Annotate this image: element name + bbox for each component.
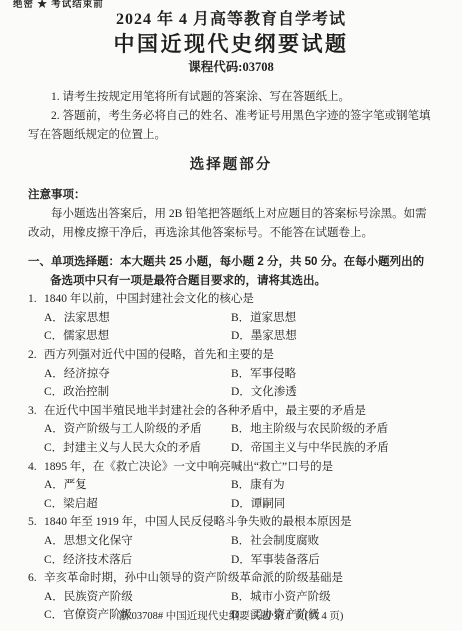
notes-heading: 注意事项：: [28, 186, 434, 205]
question-number: 2.: [28, 346, 44, 365]
option-5-C: C．经济技术落后: [44, 551, 231, 570]
option-row: A．资产阶级与工人阶级的矛盾 B．地主阶级与农民阶级的矛盾: [28, 420, 434, 439]
option-3-A: A．资产阶级与工人阶级的矛盾: [44, 420, 231, 439]
option-row: C．儒家思想 D．墨家思想: [28, 327, 434, 346]
candidate-instructions: 1. 请考生按规定用笔将所有试题的答案涂、写在答题纸上。 2. 答题前，考生务必…: [28, 88, 434, 145]
question-text: 在近代中国半殖民地半封建社会的各种矛盾中，最主要的矛盾是: [44, 405, 366, 417]
course-code: 课程代码:03708: [0, 59, 462, 75]
option-2-A: A．经济掠夺: [44, 365, 231, 384]
option-5-B: B．社会制度腐败: [231, 532, 434, 551]
option-row: A．严复 B．康有为: [28, 476, 434, 495]
paper-title: 中国近现代史纲要试题: [0, 32, 462, 57]
question-2: 2.西方列强对近代中国的侵略，首先和主要的是 A．经济掠夺 B．军事侵略 C．政…: [28, 346, 434, 402]
question-text: 1840 年以前，中国封建社会文化的核心是: [44, 293, 254, 305]
exam-session-title: 2024 年 4 月高等教育自学考试: [0, 9, 462, 30]
security-classification-label: 绝密 ★ 考试结束前: [13, 0, 104, 10]
question-text: 1840 年至 1919 年，中国人民反侵略斗争失败的最根本原因是: [44, 516, 352, 528]
option-5-A: A．思想文化保守: [44, 532, 231, 551]
exam-paper-page: 绝密 ★ 考试结束前 2024 年 4 月高等教育自学考试 中国近现代史纲要试题…: [0, 0, 462, 631]
option-6-A: A．民族资产阶级: [44, 588, 231, 607]
option-row: C．梁启超 D．谭嗣同: [28, 495, 434, 514]
option-row: C．封建主义与人民大众的矛盾 D．帝国主义与中华民族的矛盾: [28, 439, 434, 458]
option-2-B: B．军事侵略: [231, 365, 434, 384]
instruction-item-1: 1. 请考生按规定用笔将所有试题的答案涂、写在答题纸上。: [28, 88, 434, 107]
option-row: A．法家思想 B．道家思想: [28, 309, 434, 328]
option-1-B: B．道家思想: [231, 309, 434, 328]
option-3-B: B．地主阶级与农民阶级的矛盾: [231, 420, 434, 439]
option-3-D: D．帝国主义与中华民族的矛盾: [231, 439, 434, 458]
question-text: 西方列强对近代中国的侵略，首先和主要的是: [44, 349, 274, 361]
option-4-A: A．严复: [44, 476, 231, 495]
question-stem: 5.1840 年至 1919 年，中国人民反侵略斗争失败的最根本原因是: [28, 513, 434, 532]
question-number: 5.: [28, 513, 44, 532]
question-stem: 3.在近代中国半殖民地半封建社会的各种矛盾中，最主要的矛盾是: [28, 402, 434, 421]
option-2-D: D．文化渗透: [231, 383, 434, 402]
question-stem: 2.西方列强对近代中国的侵略，首先和主要的是: [28, 346, 434, 365]
question-stem: 6.辛亥革命时期，孙中山领导的资产阶级革命派的阶级基础是: [28, 569, 434, 588]
question-text: 1895 年，在《救亡决论》一文中响亮喊出“救亡”口号的是: [44, 461, 333, 473]
option-row: A．思想文化保守 B．社会制度腐败: [28, 532, 434, 551]
question-4: 4.1895 年，在《救亡决论》一文中响亮喊出“救亡”口号的是 A．严复 B．康…: [28, 458, 434, 514]
question-stem: 1.1840 年以前，中国封建社会文化的核心是: [28, 290, 434, 309]
part-one-heading: 一、单项选择题：本大题共 25 小题，每小题 2 分，共 50 分。在每小题列出…: [28, 253, 434, 290]
question-5: 5.1840 年至 1919 年，中国人民反侵略斗争失败的最根本原因是 A．思想…: [28, 513, 434, 569]
question-number: 3.: [28, 402, 44, 421]
instruction-item-2: 2. 答题前，考生务必将自己的姓名、准考证号用黑色字迹的签字笔或钢笔填写在答题纸…: [28, 107, 434, 145]
page-footer: 浙 03708# 中国近现代史纲要试题 第 1 页(共 4 页): [0, 610, 462, 624]
option-1-C: C．儒家思想: [44, 327, 231, 346]
option-row: A．民族资产阶级 B．城市小资产阶级: [28, 588, 434, 607]
option-6-B: B．城市小资产阶级: [231, 588, 434, 607]
question-list: 1.1840 年以前，中国封建社会文化的核心是 A．法家思想 B．道家思想 C．…: [28, 290, 434, 625]
choice-section-heading: 选择题部分: [28, 156, 434, 175]
question-number: 6.: [28, 569, 44, 588]
option-1-D: D．墨家思想: [231, 327, 434, 346]
question-1: 1.1840 年以前，中国封建社会文化的核心是 A．法家思想 B．道家思想 C．…: [28, 290, 434, 346]
question-3: 3.在近代中国半殖民地半封建社会的各种矛盾中，最主要的矛盾是 A．资产阶级与工人…: [28, 402, 434, 458]
option-row: C．政治控制 D．文化渗透: [28, 383, 434, 402]
notes-body: 每小题选出答案后，用 2B 铅笔把答题纸上对应题目的答案标号涂黑。如需改动，用橡…: [28, 205, 434, 243]
option-4-B: B．康有为: [231, 476, 434, 495]
option-3-C: C．封建主义与人民大众的矛盾: [44, 439, 231, 458]
option-2-C: C．政治控制: [44, 383, 231, 402]
option-1-A: A．法家思想: [44, 309, 231, 328]
question-number: 1.: [28, 290, 44, 309]
question-number: 4.: [28, 458, 44, 477]
question-stem: 4.1895 年，在《救亡决论》一文中响亮喊出“救亡”口号的是: [28, 458, 434, 477]
option-4-D: D．谭嗣同: [231, 495, 434, 514]
option-row: C．经济技术落后 D．军事装备落后: [28, 551, 434, 570]
option-row: A．经济掠夺 B．军事侵略: [28, 365, 434, 384]
option-4-C: C．梁启超: [44, 495, 231, 514]
question-text: 辛亥革命时期，孙中山领导的资产阶级革命派的阶级基础是: [44, 572, 343, 584]
answering-notes: 注意事项： 每小题选出答案后，用 2B 铅笔把答题纸上对应题目的答案标号涂黑。如…: [28, 186, 434, 243]
option-5-D: D．军事装备落后: [231, 551, 434, 570]
